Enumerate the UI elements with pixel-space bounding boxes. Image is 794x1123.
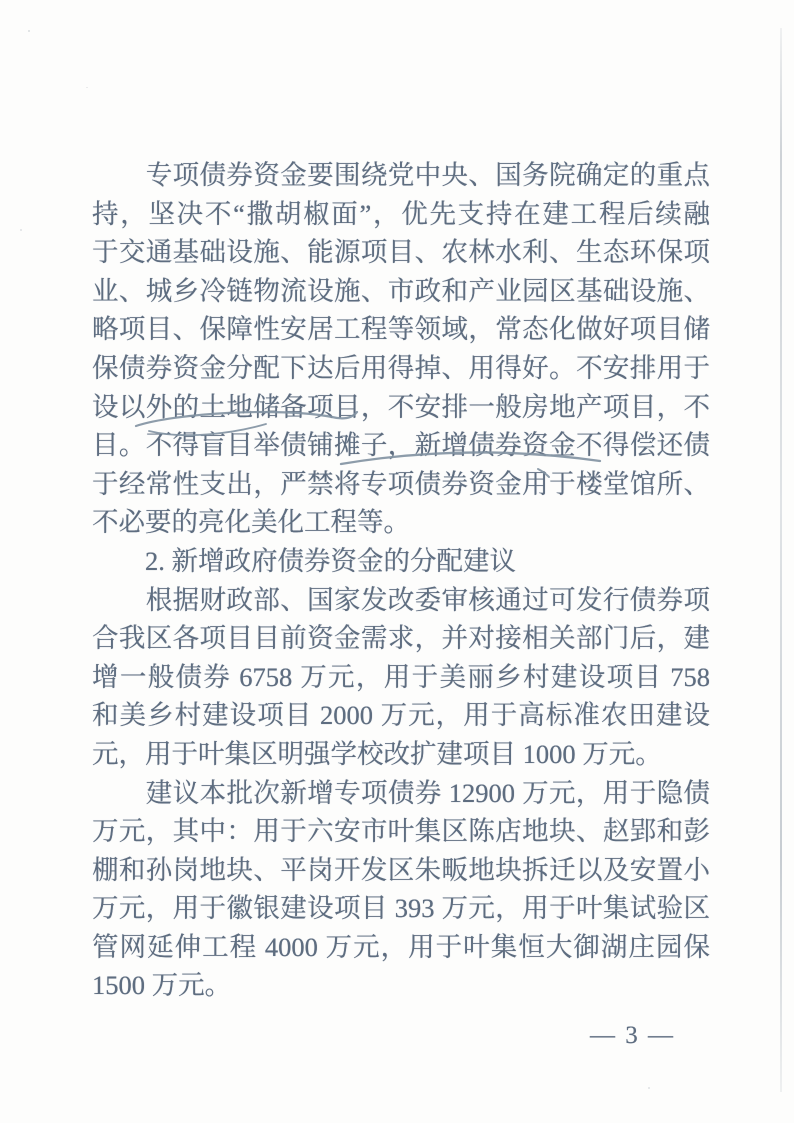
text-line: 管网延伸工程 4000 万元，用于叶集恒大御湖庄园保交楼项目 bbox=[92, 928, 710, 967]
paragraph-heading-2: 2. 新增政府债券资金的分配建议 bbox=[92, 542, 710, 581]
text-line: 2. 新增政府债券资金的分配建议 bbox=[92, 542, 710, 581]
text-line: 保债券资金分配下达后用得掉、用得好。不安排用于租赁住房建 bbox=[92, 349, 710, 388]
paragraph-p2: 根据财政部、国家发改委审核通过可发行债券项目清单，结合我区各项目目前资金需求，并… bbox=[92, 581, 710, 774]
text-line: 元，用于叶集区明强学校改扩建项目 1000 万元。 bbox=[92, 735, 710, 774]
text-line: 专项债券资金要围绕党中央、国务院确定的重点领域加大支 bbox=[92, 156, 710, 195]
scan-speck bbox=[648, 1087, 650, 1089]
text-line: 不必要的亮化美化工程等。 bbox=[92, 503, 710, 542]
text-line: 棚和孙岗地块、平岗开发区朱畈地块拆迁以及安置小区建设 7007 bbox=[92, 851, 710, 890]
page-number: — 3 — bbox=[590, 1022, 675, 1050]
text-line: 于交通基础设施、能源项目、农林水利、生态环保项目、社会事 bbox=[92, 233, 710, 272]
text-line: 根据财政部、国家发改委审核通过可发行债券项目清单，结 bbox=[92, 581, 710, 620]
text-line: 增一般债券 6758 万元，用于美丽乡村建设项目 758 万元，用于 bbox=[92, 658, 710, 697]
text-line: 万元，其中：用于六安市叶集区陈店地块、赵郢和彭台地块、荷 bbox=[92, 812, 710, 851]
scan-edge-line bbox=[780, 28, 782, 1092]
scan-speck bbox=[86, 87, 88, 88]
text-line: 持，坚决不“撒胡椒面”，优先支持在建工程后续融资，重点用 bbox=[92, 195, 710, 234]
scan-speck bbox=[28, 30, 30, 32]
scan-speck bbox=[20, 229, 22, 231]
text-line: 万元，用于徽银建设项目 393 万元，用于叶集试验区城市供水及 bbox=[92, 889, 710, 928]
text-line: 设以外的土地储备项目，不安排一般房地产项目，不安排产业项 bbox=[92, 388, 710, 427]
document-page: 专项债券资金要围绕党中央、国务院确定的重点领域加大支持，坚决不“撒胡椒面”，优先… bbox=[0, 0, 794, 1123]
text-line: 目。不得盲目举债铺摊子，新增债券资金不得偿还债务，不得用 bbox=[92, 426, 710, 465]
text-line: 合我区各项目目前资金需求，并对接相关部门后，建议本批次新 bbox=[92, 619, 710, 658]
text-line: 和美乡村建设项目 2000 万元，用于高标准农田建设项目 3000 万 bbox=[92, 696, 710, 735]
text-line: 于经常性支出，严禁将专项债券资金用于楼堂馆所、形象工程和 bbox=[92, 465, 710, 504]
paragraph-p1: 专项债券资金要围绕党中央、国务院确定的重点领域加大支持，坚决不“撒胡椒面”，优先… bbox=[92, 156, 710, 542]
text-block: 专项债券资金要围绕党中央、国务院确定的重点领域加大支持，坚决不“撒胡椒面”，优先… bbox=[92, 156, 710, 1005]
text-line: 1500 万元。 bbox=[92, 966, 710, 1005]
text-line: 略项目、保障性安居工程等领域，常态化做好项目储备工作，确 bbox=[92, 310, 710, 349]
text-line: 建议本批次新增专项债券 12900 万元，用于隐债化解 12900 bbox=[92, 774, 710, 813]
text-line: 业、城乡冷链物流设施、市政和产业园区基础设施、国家重大战 bbox=[92, 272, 710, 311]
paragraph-p3: 建议本批次新增专项债券 12900 万元，用于隐债化解 12900万元，其中：用… bbox=[92, 774, 710, 1006]
